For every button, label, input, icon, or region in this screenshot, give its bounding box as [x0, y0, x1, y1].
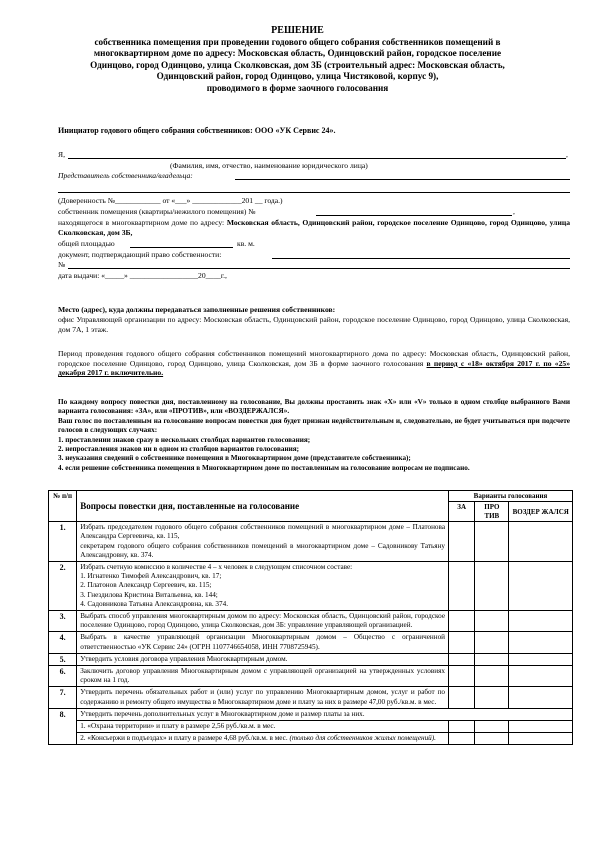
vote-vozderzhalsya-cell[interactable] — [509, 632, 573, 653]
table-row: 4. Выбрать в качестве управляющей органи… — [49, 632, 573, 653]
vote-vozderzhalsya-cell[interactable] — [509, 721, 573, 733]
instructions: По каждому вопросу повестки дня, поставл… — [58, 398, 570, 473]
period-text: Период проведения годового общего собран… — [58, 349, 570, 378]
representative-field[interactable] — [235, 179, 570, 180]
table-row: 8. Утвердить перечень дополнительных усл… — [49, 708, 573, 720]
delivery-text: офис Управляющей организации по адресу: … — [58, 315, 570, 334]
vote-vozderzhalsya-cell[interactable] — [509, 687, 573, 708]
vote-protiv-cell[interactable] — [475, 632, 509, 653]
vote-vozderzhalsya-cell[interactable] — [509, 653, 573, 665]
header-question: Вопросы повестки дня, поставленные на го… — [77, 491, 449, 522]
room-number-field[interactable] — [316, 215, 512, 216]
title-line: Одинцовский район, город Одинцово, улица… — [40, 71, 555, 83]
table-row: 7. Утвердить перечень обязательных работ… — [49, 687, 573, 708]
vote-vozderzhalsya-cell[interactable] — [509, 666, 573, 687]
vote-protiv-cell[interactable] — [475, 522, 509, 562]
table-row: 5. Утвердить условия договора управления… — [49, 653, 573, 665]
table-row: 6. Заключить договор управления Многоква… — [49, 666, 573, 687]
vote-za-cell[interactable] — [449, 733, 475, 745]
name-hint: (Фамилия, имя, отчество, наименование юр… — [170, 161, 368, 171]
doc-number-label: № — [58, 260, 65, 270]
located-at: находящегося в многоквартирном доме по а… — [58, 218, 570, 237]
vote-za-cell[interactable] — [449, 522, 475, 562]
area-label: общей площадью — [58, 239, 115, 249]
vote-protiv-cell[interactable] — [475, 562, 509, 611]
instruction-item: 3. неуказания сведений о собственнике по… — [58, 454, 570, 463]
header-options: Варианты голосования — [449, 491, 573, 502]
instruction-item: 1. проставлении знаков сразу в нескольки… — [58, 436, 570, 445]
delivery-heading: Место (адрес), куда должны передаваться … — [58, 305, 335, 315]
area-field[interactable] — [130, 247, 233, 248]
owner-room-label: собственник помещения (квартиры/нежилого… — [58, 207, 256, 217]
table-subrow: 2. «Консьержи в подъездах» и плату в раз… — [49, 733, 573, 745]
title-line: многоквартирном доме по адресу: Московск… — [40, 48, 555, 60]
voting-table: № п/п Вопросы повестки дня, поставленные… — [48, 490, 573, 745]
comma: , — [566, 150, 568, 160]
instruction-item: 4. если решение собственника помещения в… — [58, 464, 570, 473]
header-num: № п/п — [49, 491, 77, 522]
table-subrow: 1. «Охрана территории» и плату в размере… — [49, 721, 573, 733]
table-row: 3. Выбрать способ управления многокварти… — [49, 611, 573, 632]
area-unit: кв. м. — [237, 239, 255, 249]
vote-protiv-cell[interactable] — [475, 733, 509, 745]
vote-protiv-cell[interactable] — [475, 687, 509, 708]
ownership-doc-field[interactable] — [272, 258, 570, 259]
instruction-item: 2. непроставления знаков ни в одном из с… — [58, 445, 570, 454]
i-label: Я, — [58, 150, 65, 160]
vote-za-cell[interactable] — [449, 687, 475, 708]
owner-name-field[interactable] — [68, 158, 566, 159]
vote-protiv-cell[interactable] — [475, 611, 509, 632]
vote-protiv-cell[interactable] — [475, 721, 509, 733]
power-of-attorney: (Доверенность №____________ от «___» ___… — [58, 196, 283, 206]
instruction-p1: По каждому вопросу повестки дня, поставл… — [58, 398, 570, 417]
vote-za-cell[interactable] — [449, 721, 475, 733]
vote-za-cell[interactable] — [449, 632, 475, 653]
vote-protiv-cell[interactable] — [475, 653, 509, 665]
doc-number-field[interactable] — [68, 268, 570, 269]
representative-field-line2[interactable] — [58, 192, 570, 193]
title-line: Одинцово, город Одинцово, улица Сколковс… — [40, 60, 555, 72]
issue-date[interactable]: дата выдачи: «_____» __________________2… — [58, 271, 227, 281]
table-row: 1. Избрать председателем годового общего… — [49, 522, 573, 562]
document-title-block: РЕШЕНИЕ собственника помещения при прове… — [40, 25, 555, 95]
title-line: собственника помещения при проведении го… — [40, 37, 555, 49]
representative-label: Представитель собственника/владельца: — [58, 171, 193, 181]
vote-vozderzhalsya-cell[interactable] — [509, 562, 573, 611]
document-title: РЕШЕНИЕ — [40, 25, 555, 37]
vote-protiv-cell[interactable] — [475, 666, 509, 687]
vote-vozderzhalsya-cell[interactable] — [509, 611, 573, 632]
header-za: ЗА — [449, 502, 475, 522]
title-line: проводимого в форме заочного голосования — [40, 83, 555, 95]
vote-za-cell[interactable] — [449, 611, 475, 632]
header-vozderzhalsya: ВОЗДЕР ЖАЛСЯ — [509, 502, 573, 522]
instruction-p2: Ваш голос по поставленным на голосование… — [58, 417, 570, 436]
vote-vozderzhalsya-cell[interactable] — [509, 733, 573, 745]
vote-za-cell[interactable] — [449, 562, 475, 611]
vote-za-cell[interactable] — [449, 653, 475, 665]
ownership-doc-label: документ, подтверждающий право собственн… — [58, 250, 221, 260]
initiator: Инициатор годового общего собрания собст… — [58, 126, 335, 136]
table-row: 2. Избрать счетную комиссию в количестве… — [49, 562, 573, 611]
vote-vozderzhalsya-cell[interactable] — [509, 522, 573, 562]
header-protiv: ПРО ТИВ — [475, 502, 509, 522]
vote-za-cell[interactable] — [449, 666, 475, 687]
